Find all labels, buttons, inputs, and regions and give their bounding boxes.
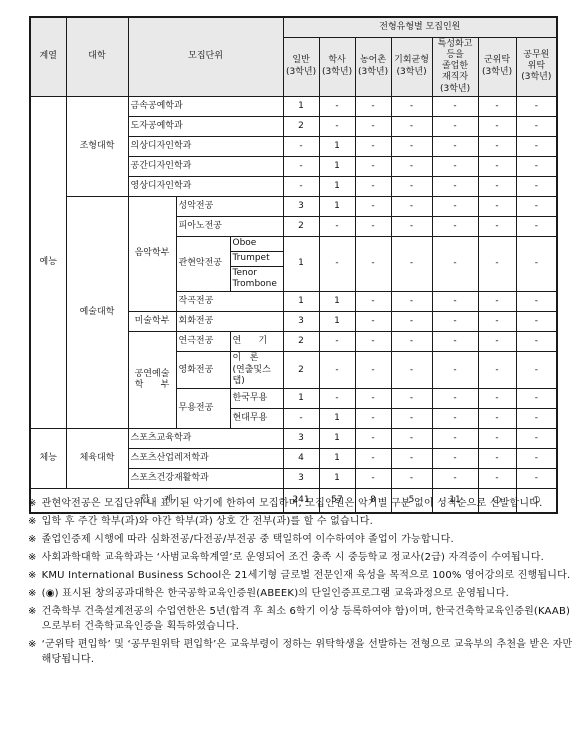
cell-value: - xyxy=(516,312,557,332)
cell-major: 성악전공 xyxy=(176,196,283,216)
cell-value: - xyxy=(432,196,478,216)
cell-unit: 의상디자인학과 xyxy=(128,136,283,156)
cell-value: 2 xyxy=(283,332,319,352)
cell-college-cheyuk: 체육대학 xyxy=(66,429,128,489)
cell-value: - xyxy=(432,136,478,156)
cell-value: - xyxy=(391,312,432,332)
cell-submajor-theory: 이 론 (연출및스탭) xyxy=(230,352,283,389)
footnote-item: ※ 건축학부 건축설계전공의 수업연한은 5년(합격 후 최소 6학기 이상 등… xyxy=(28,604,576,634)
cell-value: - xyxy=(516,409,557,429)
header-type-general: 일반 (3학년) xyxy=(283,37,319,96)
cell-unit: 도자공예학과 xyxy=(128,116,283,136)
cell-value: - xyxy=(432,292,478,312)
reference-mark-icon: ※ xyxy=(28,637,37,667)
cell-unit: 공간디자인학과 xyxy=(128,156,283,176)
header-type-bachelor: 학사 (3학년) xyxy=(319,37,355,96)
header-type-military: 군위탁 (3학년) xyxy=(478,37,516,96)
cell-value: - xyxy=(391,176,432,196)
cell-major: 회화전공 xyxy=(176,312,283,332)
header-unit: 모집단위 xyxy=(128,17,283,96)
cell-value: - xyxy=(516,449,557,469)
cell-value: - xyxy=(319,236,355,292)
cell-unit: 스포츠산업레저학과 xyxy=(128,449,283,469)
footnote-item: ※ KMU International Business School은 21세… xyxy=(28,568,576,583)
cell-value: - xyxy=(478,389,516,409)
cell-value: - xyxy=(516,176,557,196)
cell-value: - xyxy=(391,136,432,156)
cell-value: - xyxy=(478,332,516,352)
cell-value: - xyxy=(516,236,557,292)
cell-department-performing: 공연예술 학 부 xyxy=(128,332,176,429)
cell-value: - xyxy=(516,96,557,116)
cell-value: - xyxy=(516,469,557,489)
header-college: 대학 xyxy=(66,17,128,96)
cell-value: 1 xyxy=(283,292,319,312)
cell-college-yesul: 예술대학 xyxy=(66,196,128,428)
cell-value: - xyxy=(391,236,432,292)
cell-value: - xyxy=(432,449,478,469)
cell-value: - xyxy=(355,429,391,449)
reference-mark-icon: ※ xyxy=(28,496,37,511)
cell-value: - xyxy=(355,236,391,292)
cell-value: - xyxy=(391,216,432,236)
cell-value: - xyxy=(478,469,516,489)
cell-value: - xyxy=(283,156,319,176)
cell-value: - xyxy=(432,352,478,389)
cell-value: - xyxy=(516,389,557,409)
cell-value: - xyxy=(355,216,391,236)
cell-value: - xyxy=(391,429,432,449)
cell-value: - xyxy=(319,216,355,236)
cell-value: 2 xyxy=(283,352,319,389)
cell-value: - xyxy=(478,156,516,176)
reference-mark-icon: ※ xyxy=(28,532,37,547)
cell-value: 1 xyxy=(319,429,355,449)
cell-value: - xyxy=(516,292,557,312)
cell-value: - xyxy=(391,409,432,429)
cell-value: 3 xyxy=(283,312,319,332)
header-type-equal-opportunity: 기회균형 (3학년) xyxy=(391,37,432,96)
cell-value: - xyxy=(478,176,516,196)
header-type-rural: 농어촌 (3학년) xyxy=(355,37,391,96)
cell-major: 영화전공 xyxy=(176,352,230,389)
cell-value: - xyxy=(478,236,516,292)
cell-instrument: Tenor Trombone xyxy=(230,266,283,292)
cell-value: - xyxy=(355,176,391,196)
cell-value: 1 xyxy=(319,156,355,176)
cell-value: - xyxy=(432,312,478,332)
cell-value: - xyxy=(478,429,516,449)
footnote-text: 입학 후 주간 학부(과)와 야간 학부(과) 상호 간 전부(과)를 할 수 … xyxy=(42,514,576,529)
cell-unit: 스포츠건강재활학과 xyxy=(128,469,283,489)
cell-value: - xyxy=(391,332,432,352)
cell-value: - xyxy=(391,352,432,389)
cell-value: 1 xyxy=(319,292,355,312)
cell-value: - xyxy=(516,156,557,176)
cell-value: - xyxy=(283,176,319,196)
header-type-vocational: 특성화고 등을 졸업한 재직자 (3학년) xyxy=(432,37,478,96)
cell-value: - xyxy=(432,389,478,409)
cell-value: - xyxy=(478,196,516,216)
cell-value: - xyxy=(355,196,391,216)
cell-value: - xyxy=(432,116,478,136)
reference-mark-icon: ※ xyxy=(28,586,37,601)
footnote-text: 관현악전공은 모집단위 내 표기된 악기에 한하여 모집하며, 모집인원은 악기… xyxy=(42,496,576,511)
footnote-item: ※ 관현악전공은 모집단위 내 표기된 악기에 한하여 모집하며, 모집인원은 … xyxy=(28,496,576,511)
cell-value: - xyxy=(516,216,557,236)
footnote-text: (◉) 표시된 창의공과대학은 한국공학교육인증원(ABEEK)의 단일인증프로… xyxy=(42,586,576,601)
cell-major-dance: 무용전공 xyxy=(176,389,230,429)
cell-value: - xyxy=(319,332,355,352)
cell-value: - xyxy=(355,352,391,389)
cell-value: - xyxy=(478,352,516,389)
cell-value: - xyxy=(432,96,478,116)
cell-value: - xyxy=(355,332,391,352)
reference-mark-icon: ※ xyxy=(28,550,37,565)
cell-major: 피아노전공 xyxy=(176,216,283,236)
cell-value: - xyxy=(391,292,432,312)
cell-value: - xyxy=(391,116,432,136)
cell-value: - xyxy=(355,409,391,429)
cell-value: 1 xyxy=(319,136,355,156)
cell-college-johyeong: 조형대학 xyxy=(66,96,128,196)
footnote-item: ※ 입학 후 주간 학부(과)와 야간 학부(과) 상호 간 전부(과)를 할 … xyxy=(28,514,576,529)
reference-mark-icon: ※ xyxy=(28,568,37,583)
cell-value: - xyxy=(432,469,478,489)
cell-value: - xyxy=(432,409,478,429)
footnote-text: KMU International Business School은 21세기형… xyxy=(42,568,576,583)
footnote-item: ※ ‘군위탁 편입학’ 및 ‘공무원위탁 편입학’은 교육부령이 정하는 위탁학… xyxy=(28,637,576,667)
header-series: 계열 xyxy=(30,17,66,96)
cell-value: - xyxy=(283,409,319,429)
cell-value: - xyxy=(355,389,391,409)
cell-value: - xyxy=(432,429,478,449)
cell-value: 1 xyxy=(319,449,355,469)
cell-department-art: 미술학부 xyxy=(128,312,176,332)
footnote-item: ※ 사회과학대학 교육학과는 ‘사범교육학계열’로 운영되어 조건 충족 시 중… xyxy=(28,550,576,565)
cell-value: - xyxy=(432,332,478,352)
cell-value: - xyxy=(516,136,557,156)
cell-value: 2 xyxy=(283,216,319,236)
cell-value: - xyxy=(478,312,516,332)
cell-value: 1 xyxy=(319,312,355,332)
cell-value: - xyxy=(478,116,516,136)
cell-value: - xyxy=(478,216,516,236)
cell-major: 작곡전공 xyxy=(176,292,283,312)
cell-value: - xyxy=(391,196,432,216)
cell-value: - xyxy=(432,156,478,176)
cell-value: - xyxy=(319,389,355,409)
cell-value: - xyxy=(516,196,557,216)
cell-department-music: 음악학부 xyxy=(128,196,176,312)
footnotes: ※ 관현악전공은 모집단위 내 표기된 악기에 한하여 모집하며, 모집인원은 … xyxy=(28,496,576,670)
cell-value: 1 xyxy=(283,236,319,292)
cell-value: - xyxy=(478,449,516,469)
cell-submajor-korean-dance: 한국무용 xyxy=(230,389,283,409)
cell-value: 3 xyxy=(283,196,319,216)
cell-value: 1 xyxy=(319,176,355,196)
cell-value: - xyxy=(283,136,319,156)
cell-value: - xyxy=(516,352,557,389)
cell-value: 1 xyxy=(319,196,355,216)
table-row: 체능 체육대학 스포츠교육학과 31----- xyxy=(30,429,557,449)
cell-value: - xyxy=(391,96,432,116)
cell-unit: 스포츠교육학과 xyxy=(128,429,283,449)
table-row: 예술대학 음악학부 성악전공 31----- xyxy=(30,196,557,216)
cell-value: - xyxy=(516,429,557,449)
header-group-title: 전형유형별 모집인원 xyxy=(283,17,557,37)
cell-value: - xyxy=(391,156,432,176)
header-type-civil-servant: 공무원 위탁 (3학년) xyxy=(516,37,557,96)
cell-value: 1 xyxy=(319,469,355,489)
reference-mark-icon: ※ xyxy=(28,604,37,634)
cell-value: - xyxy=(516,116,557,136)
admission-quota-table: 계열 대학 모집단위 전형유형별 모집인원 일반 (3학년) 학사 (3학년) … xyxy=(29,16,558,514)
cell-value: 3 xyxy=(283,429,319,449)
cell-instrument: Trumpet xyxy=(230,251,283,266)
cell-series-yeneung: 예능 xyxy=(30,96,66,428)
cell-value: - xyxy=(355,469,391,489)
cell-value: 2 xyxy=(283,116,319,136)
reference-mark-icon: ※ xyxy=(28,514,37,529)
cell-value: - xyxy=(478,136,516,156)
cell-value: - xyxy=(432,216,478,236)
cell-value: 1 xyxy=(319,409,355,429)
cell-submajor-modern-dance: 현대무용 xyxy=(230,409,283,429)
cell-instrument: Oboe xyxy=(230,236,283,251)
cell-value: - xyxy=(516,332,557,352)
cell-unit: 금속공예학과 xyxy=(128,96,283,116)
cell-value: 1 xyxy=(283,96,319,116)
document-page: 계열 대학 모집단위 전형유형별 모집인원 일반 (3학년) 학사 (3학년) … xyxy=(0,0,587,735)
cell-value: - xyxy=(319,96,355,116)
cell-value: - xyxy=(478,409,516,429)
cell-value: - xyxy=(355,156,391,176)
table-row: 예능 조형대학 금속공예학과 1------ xyxy=(30,96,557,116)
cell-value: - xyxy=(478,292,516,312)
cell-submajor-acting: 연 기 xyxy=(230,332,283,352)
cell-series-cheneung: 체능 xyxy=(30,429,66,489)
cell-value: - xyxy=(432,236,478,292)
cell-major: 연극전공 xyxy=(176,332,230,352)
cell-value: - xyxy=(355,116,391,136)
cell-unit: 영상디자인학과 xyxy=(128,176,283,196)
footnote-text: 졸업인증제 시행에 따라 심화전공/다전공/부전공 중 택일하여 이수하여야 졸… xyxy=(42,532,576,547)
footnote-item: ※ (◉) 표시된 창의공과대학은 한국공학교육인증원(ABEEK)의 단일인증… xyxy=(28,586,576,601)
cell-value: - xyxy=(355,312,391,332)
cell-value: - xyxy=(355,136,391,156)
footnote-text: 건축학부 건축설계전공의 수업연한은 5년(합격 후 최소 6학기 이상 등록하… xyxy=(42,604,576,634)
footnote-item: ※ 졸업인증제 시행에 따라 심화전공/다전공/부전공 중 택일하여 이수하여야… xyxy=(28,532,576,547)
cell-value: - xyxy=(319,116,355,136)
cell-value: - xyxy=(319,352,355,389)
cell-value: - xyxy=(355,292,391,312)
cell-value: - xyxy=(355,96,391,116)
cell-value: - xyxy=(391,469,432,489)
footnote-text: ‘군위탁 편입학’ 및 ‘공무원위탁 편입학’은 교육부령이 정하는 위탁학생을… xyxy=(42,637,576,667)
admission-table-wrapper: 계열 대학 모집단위 전형유형별 모집인원 일반 (3학년) 학사 (3학년) … xyxy=(29,16,558,514)
cell-value: - xyxy=(432,176,478,196)
cell-value: 4 xyxy=(283,449,319,469)
cell-value: 1 xyxy=(283,389,319,409)
cell-major-orchestral: 관현악전공 xyxy=(176,236,230,292)
cell-value: - xyxy=(391,449,432,469)
cell-value: - xyxy=(391,389,432,409)
footnote-text: 사회과학대학 교육학과는 ‘사범교육학계열’로 운영되어 조건 충족 시 중등학… xyxy=(42,550,576,565)
cell-value: - xyxy=(355,449,391,469)
cell-value: 3 xyxy=(283,469,319,489)
cell-value: - xyxy=(478,96,516,116)
